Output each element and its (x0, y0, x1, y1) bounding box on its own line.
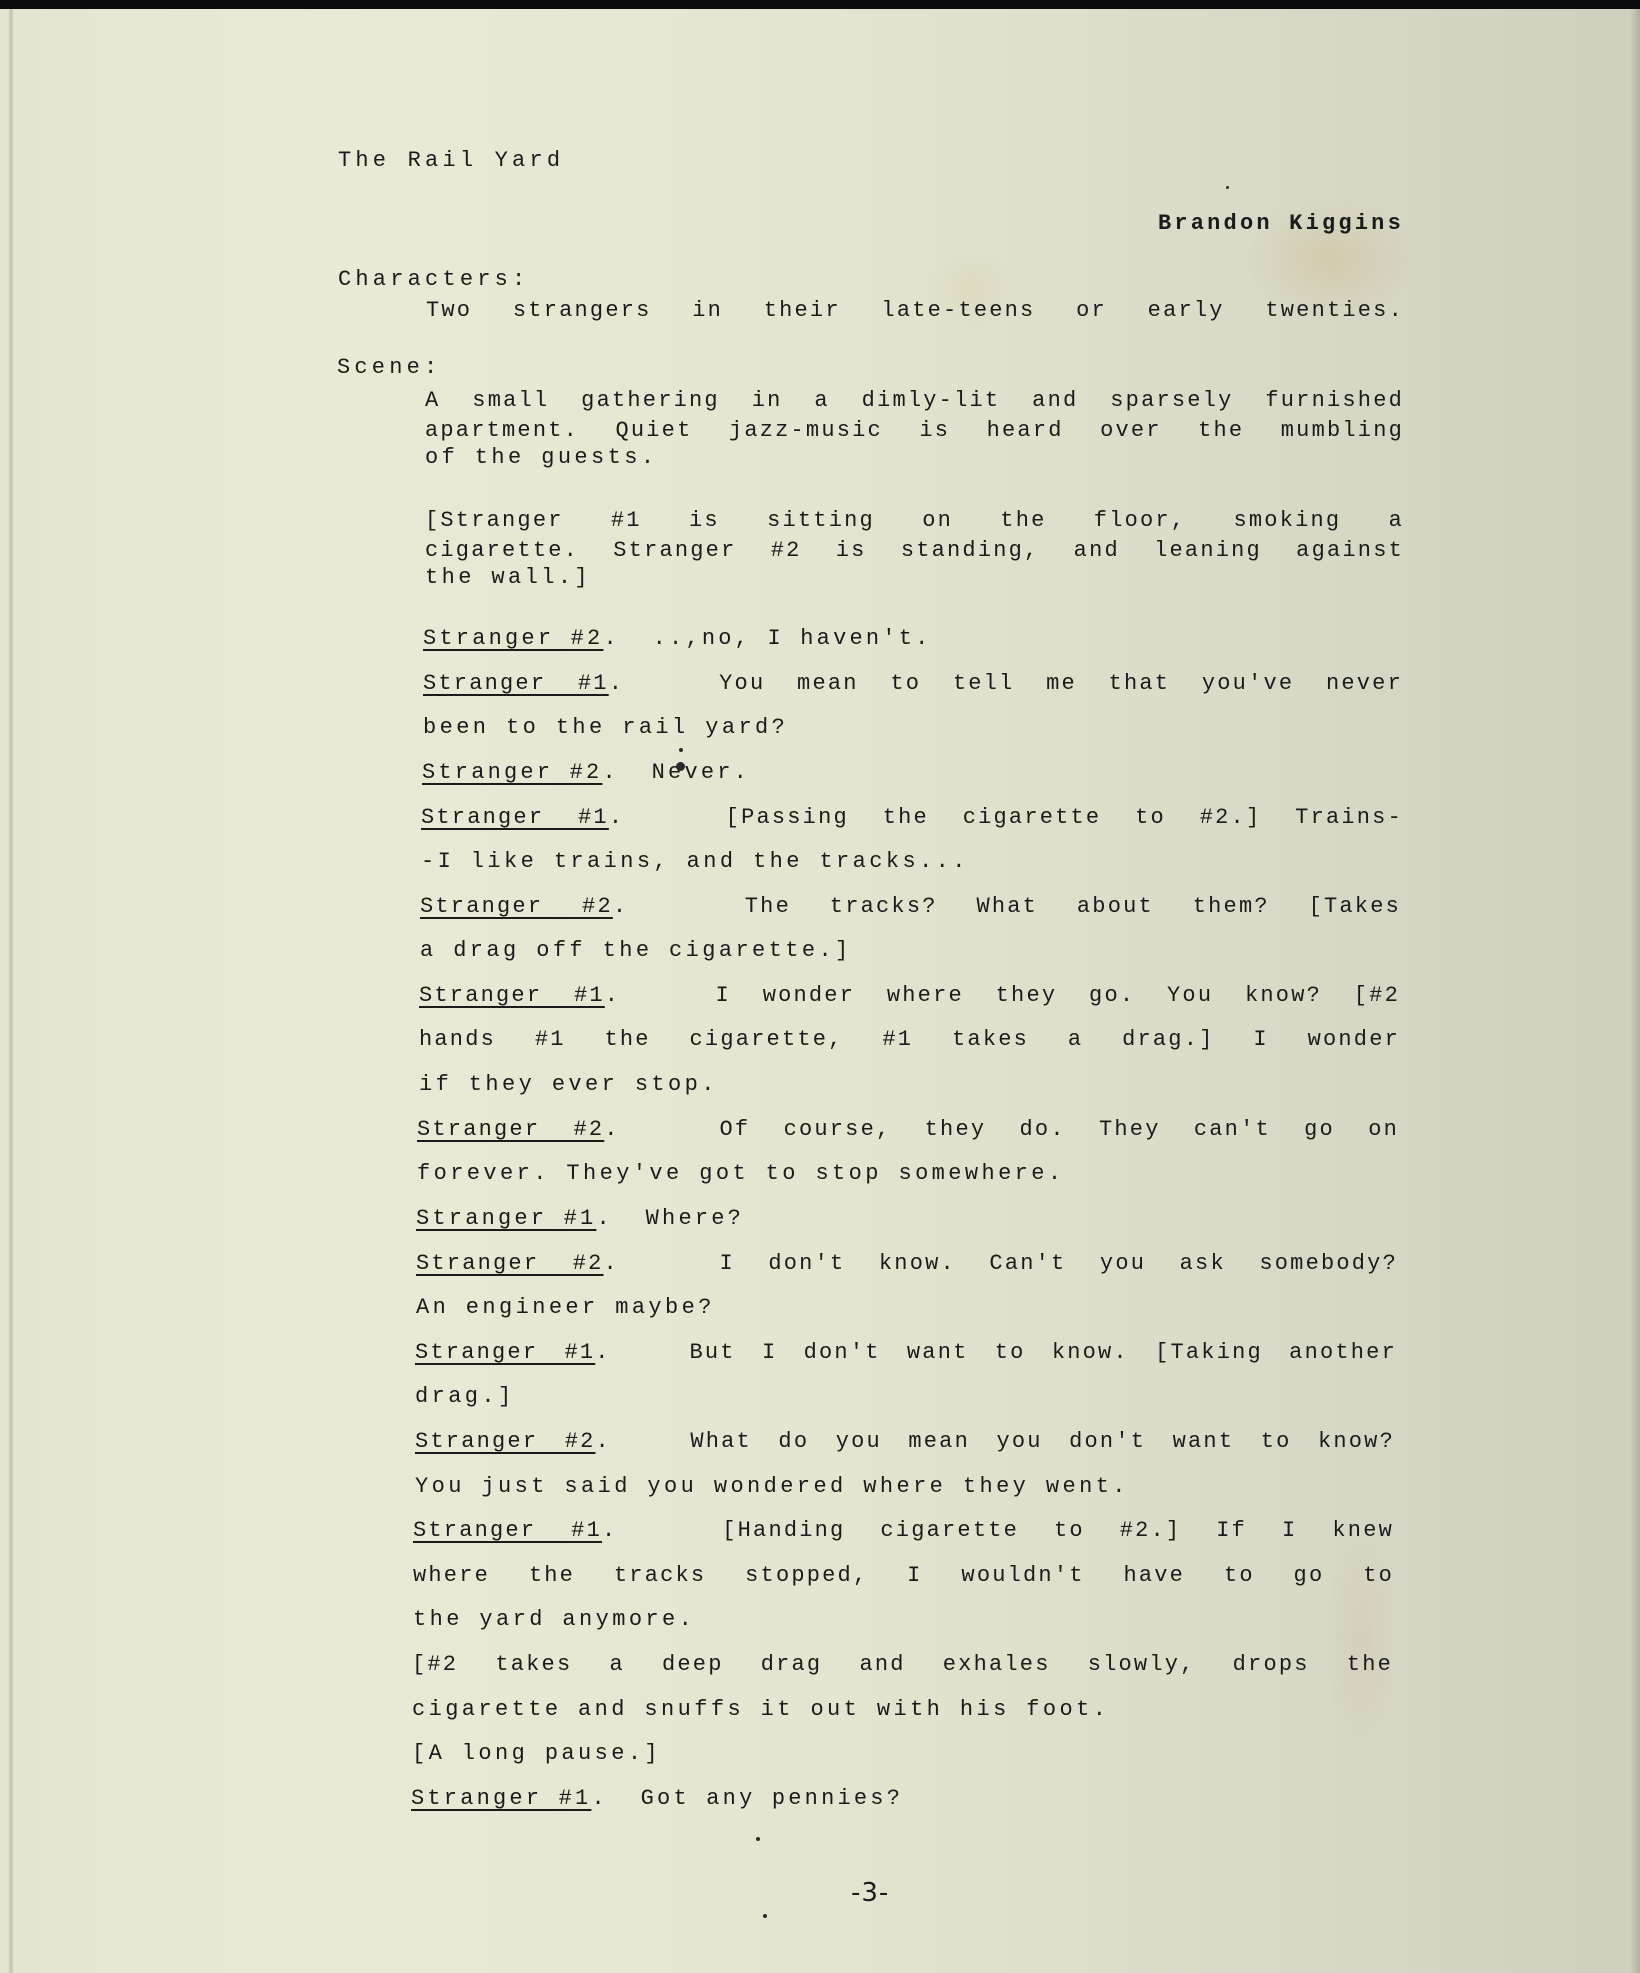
dialogue-line: Stranger #2. The tracks? What about them… (420, 894, 1401, 920)
speaker-name: Stranger #2 (415, 1429, 596, 1454)
scene-direction-line-3: the wall.] (425, 565, 591, 591)
dialogue-line: Stranger #2. Never. (422, 760, 750, 786)
stage-direction-line: [#2 takes a deep drag and exhales slowly… (412, 1652, 1393, 1678)
scene-label: Scene: (337, 355, 441, 381)
dialogue-continuation: where the tracks stopped, I wouldn't hav… (413, 1563, 1394, 1589)
speaker-name: Stranger #1 (419, 983, 605, 1008)
binding-edge (8, 9, 14, 1973)
speaker-name: Stranger #1 (415, 1340, 595, 1365)
speaker-name: Stranger #2 (416, 1251, 604, 1276)
scene-line-3: of the guests. (425, 445, 657, 471)
dialogue-line: Stranger #2. ..,no, I haven't. (423, 626, 932, 652)
scan-speck (756, 1837, 760, 1841)
author-name: Brandon Kiggins (1158, 211, 1404, 237)
scene-line-1: A small gathering in a dimly-lit and spa… (425, 388, 1404, 414)
scan-speck (1226, 186, 1229, 189)
speaker-name: Stranger #1 (421, 805, 609, 830)
scan-speck (676, 762, 685, 771)
page-right-edge (1630, 9, 1640, 1973)
stage-direction-line: cigarette and snuffs it out with his foo… (412, 1697, 1109, 1723)
dialogue-line: Stranger #1. I wonder where they go. You… (419, 983, 1400, 1009)
scan-speck (763, 1914, 767, 1918)
scan-speck (679, 748, 683, 752)
dialogue-continuation: You just said you wondered where they we… (415, 1474, 1129, 1500)
dialogue-continuation: a drag off the cigarette.] (420, 938, 852, 964)
dialogue-continuation: forever. They've got to stop somewhere. (417, 1161, 1064, 1187)
speaker-name: Stranger #2 (423, 626, 603, 651)
dialogue-line: Stranger #1. You mean to tell me that yo… (423, 671, 1403, 697)
dialogue-text: I wonder where they go. You know? [#2 (716, 983, 1400, 1008)
play-title: The Rail Yard (338, 148, 564, 174)
dialogue-text: Got any pennies? (641, 1786, 903, 1811)
dialogue-text: Where? (646, 1206, 744, 1231)
dialogue-line: Stranger #1. Where? (416, 1206, 744, 1232)
speaker-name: Stranger #1 (416, 1206, 596, 1231)
dialogue-continuation: been to the rail yard? (423, 715, 788, 741)
speaker-name: Stranger #2 (422, 760, 602, 785)
dialogue-text: ..,no, I haven't. (653, 626, 932, 651)
dialogue-line: Stranger #1. [Handing cigarette to #2.] … (413, 1518, 1394, 1544)
dialogue-text: The tracks? What about them? [Takes (745, 894, 1401, 919)
dialogue-text: Of course, they do. They can't go on (720, 1117, 1400, 1142)
speaker-name: Stranger #1 (423, 671, 609, 696)
dialogue-line: Stranger #2. Of course, they do. They ca… (417, 1117, 1399, 1143)
dialogue-continuation: drag.] (415, 1384, 515, 1410)
speaker-name: Stranger #2 (417, 1117, 604, 1142)
dialogue-continuation: -I like trains, and the tracks... (421, 849, 969, 875)
dialogue-continuation: hands #1 the cigarette, #1 takes a drag.… (419, 1027, 1400, 1053)
dialogue-text: What do you mean you don't want to know? (690, 1429, 1395, 1454)
dialogue-text: I don't know. Can't you ask somebody? (719, 1251, 1398, 1276)
dialogue-text: [Passing the cigarette to #2.] Trains- (726, 805, 1403, 830)
scan-top-border (0, 0, 1640, 9)
dialogue-line: Stranger #1. But I don't want to know. [… (415, 1340, 1397, 1366)
speaker-name: Stranger #1 (411, 1786, 591, 1811)
dialogue-text: [Handing cigarette to #2.] If I knew (722, 1518, 1394, 1543)
dialogue-line: Stranger #1. [Passing the cigarette to #… (421, 805, 1403, 831)
dialogue-continuation: An engineer maybe? (416, 1295, 715, 1321)
page-number: -3- (851, 1878, 889, 1908)
dialogue-line: Stranger #2. I don't know. Can't you ask… (416, 1251, 1398, 1277)
dialogue-continuation: the yard anymore. (413, 1607, 695, 1633)
dialogue-text: But I don't want to know. [Taking anothe… (689, 1340, 1397, 1365)
speaker-name: Stranger #1 (413, 1518, 602, 1543)
stage-direction-line: [A long pause.] (412, 1741, 661, 1767)
speaker-name: Stranger #2 (420, 894, 613, 919)
characters-label: Characters: (338, 267, 529, 293)
scene-line-2: apartment. Quiet jazz-music is heard ove… (425, 418, 1404, 444)
scene-direction-line-1: [Stranger #1 is sitting on the floor, sm… (425, 508, 1404, 534)
dialogue-text: You mean to tell me that you've never (719, 671, 1403, 696)
dialogue-continuation: if they ever stop. (419, 1072, 718, 1098)
scene-direction-line-2: cigarette. Stranger #2 is standing, and … (425, 538, 1404, 564)
characters-description: Two strangers in their late-teens or ear… (426, 298, 1404, 324)
dialogue-text: Never. (652, 760, 750, 785)
dialogue-line: Stranger #1. Got any pennies? (411, 1786, 903, 1812)
dialogue-line: Stranger #2. What do you mean you don't … (415, 1429, 1395, 1455)
